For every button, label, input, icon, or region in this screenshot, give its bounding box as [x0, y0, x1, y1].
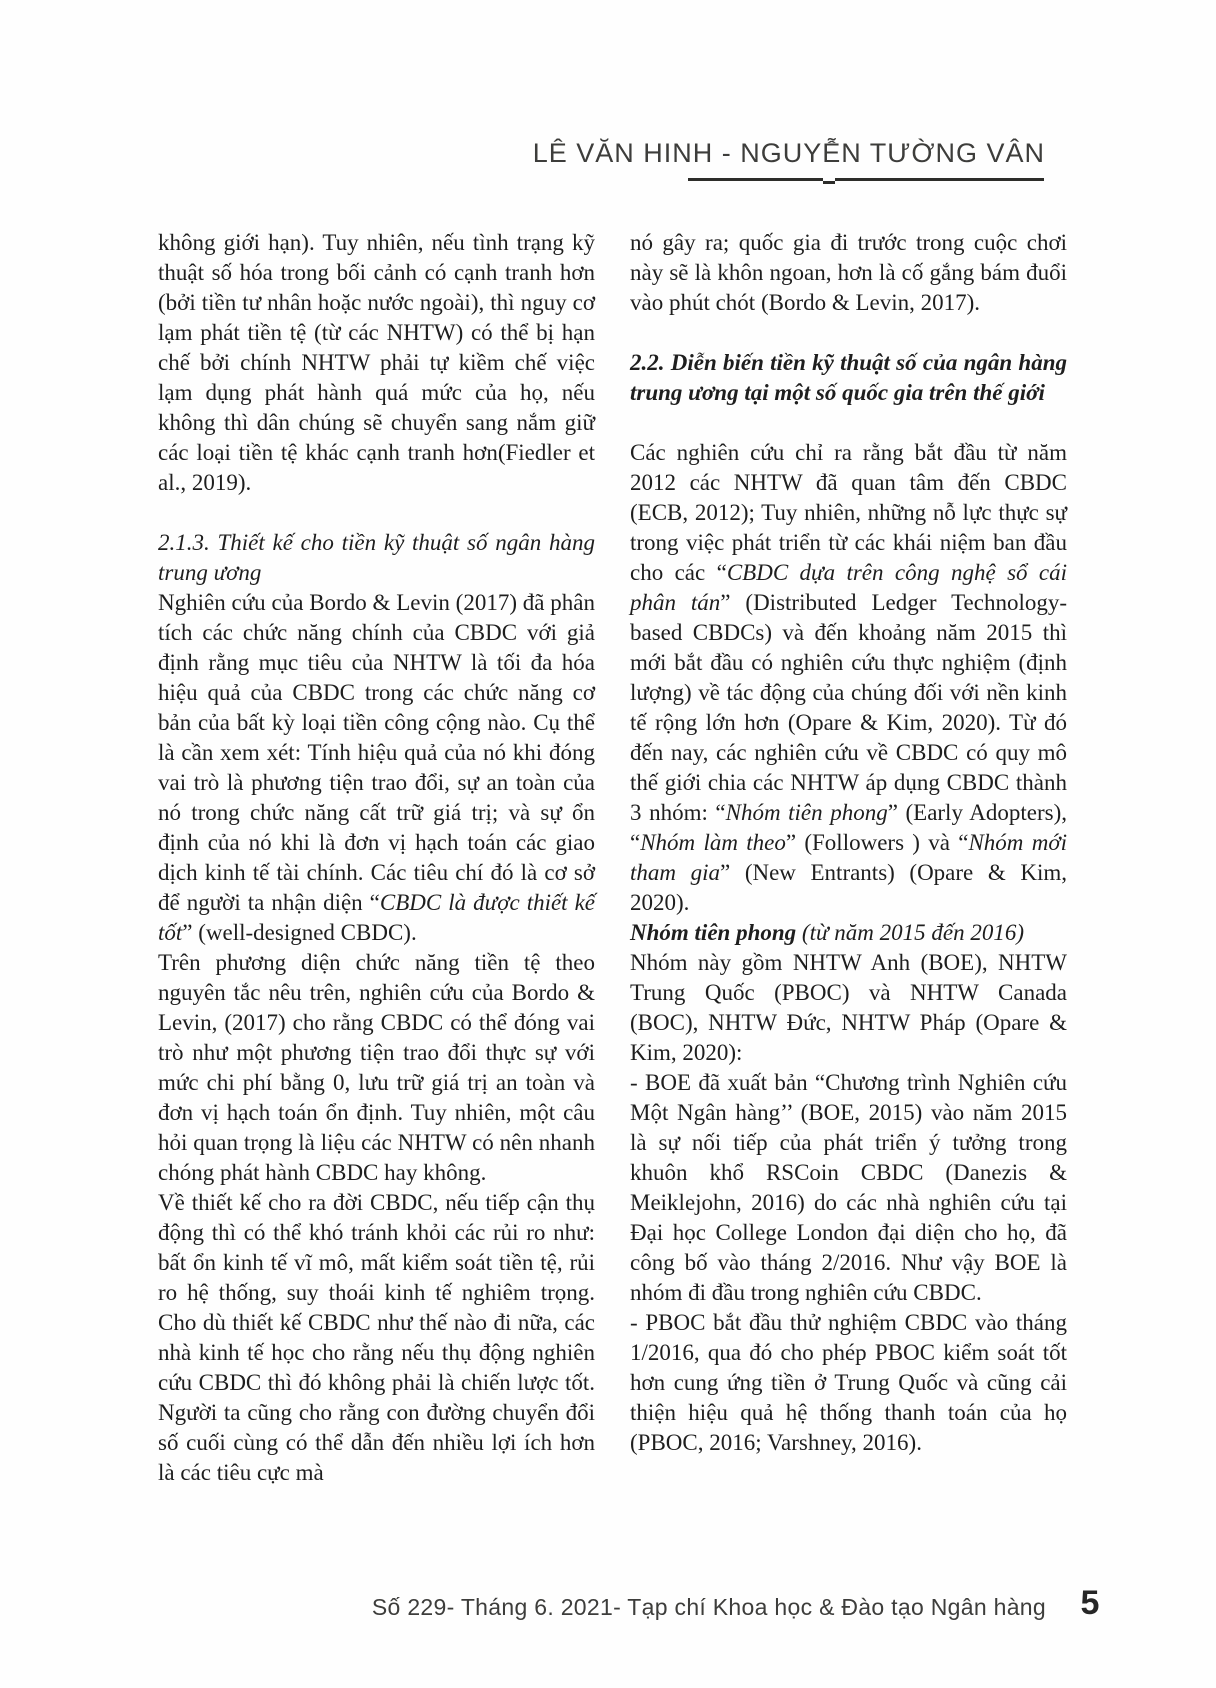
section-heading-2-1-3: 2.1.3. Thiết kế cho tiền kỹ thuật số ngâ… [158, 528, 595, 588]
paragraph: - PBOC bắt đầu thử nghiệm CBDC vào tháng… [630, 1308, 1067, 1458]
header-rule-right-segment [835, 178, 1044, 181]
paragraph: Trên phương diện chức năng tiền tệ theo … [158, 948, 595, 1188]
text-run: ” (well-designed CBDC). [182, 920, 416, 945]
subsection-heading-pioneer-group: Nhóm tiên phong (từ năm 2015 đến 2016) [630, 918, 1067, 948]
column-right: nó gây ra; quốc gia đi trước trong cuộc … [630, 228, 1067, 1458]
section-heading-2-2: 2.2. Diễn biến tiền kỹ thuật số của ngân… [630, 348, 1067, 408]
page-number: 5 [1068, 1584, 1112, 1623]
journal-page: LÊ VĂN HINH - NGUYỄN TƯỜNG VÂN không giớ… [0, 0, 1216, 1688]
vertical-gap [630, 408, 1067, 438]
paragraph: Nghiên cứu của Bordo & Levin (2017) đã p… [158, 588, 595, 948]
italic-phrase: (từ năm 2015 đến 2016) [802, 920, 1024, 945]
italic-phrase: Nhóm tiên phong [726, 800, 888, 825]
italic-phrase: Nhóm làm theo [640, 830, 786, 855]
vertical-gap [630, 318, 1067, 348]
paragraph: Nhóm này gồm NHTW Anh (BOE), NHTW Trung … [630, 948, 1067, 1068]
footer-issue-line: Số 229- Tháng 6. 2021- Tạp chí Khoa học … [158, 1594, 1046, 1621]
header-rule [688, 178, 1044, 186]
paragraph: - BOE đã xuất bản “Chương trình Nghiên c… [630, 1068, 1067, 1308]
vertical-gap [158, 498, 595, 528]
paragraph: Về thiết kế cho ra đời CBDC, nếu tiếp cậ… [158, 1188, 595, 1488]
paragraph: không giới hạn). Tuy nhiên, nếu tình trạ… [158, 228, 595, 498]
bold-italic-phrase: Nhóm tiên phong [630, 920, 802, 945]
header-rule-lower-dash [823, 181, 835, 184]
paragraph: nó gây ra; quốc gia đi trước trong cuộc … [630, 228, 1067, 318]
header-rule-left-segment [688, 178, 823, 181]
text-run: Nghiên cứu của Bordo & Levin (2017) đã p… [158, 590, 595, 915]
text-run: ” (Distributed Ledger Technology- based … [630, 590, 1067, 825]
paragraph: Các nghiên cứu chỉ ra rằng bắt đầu từ nă… [630, 438, 1067, 918]
column-left: không giới hạn). Tuy nhiên, nếu tình trạ… [158, 228, 595, 1488]
text-run: ” (Followers ) và “ [786, 830, 969, 855]
header-author-line: LÊ VĂN HINH - NGUYỄN TƯỜNG VÂN [533, 138, 1045, 169]
